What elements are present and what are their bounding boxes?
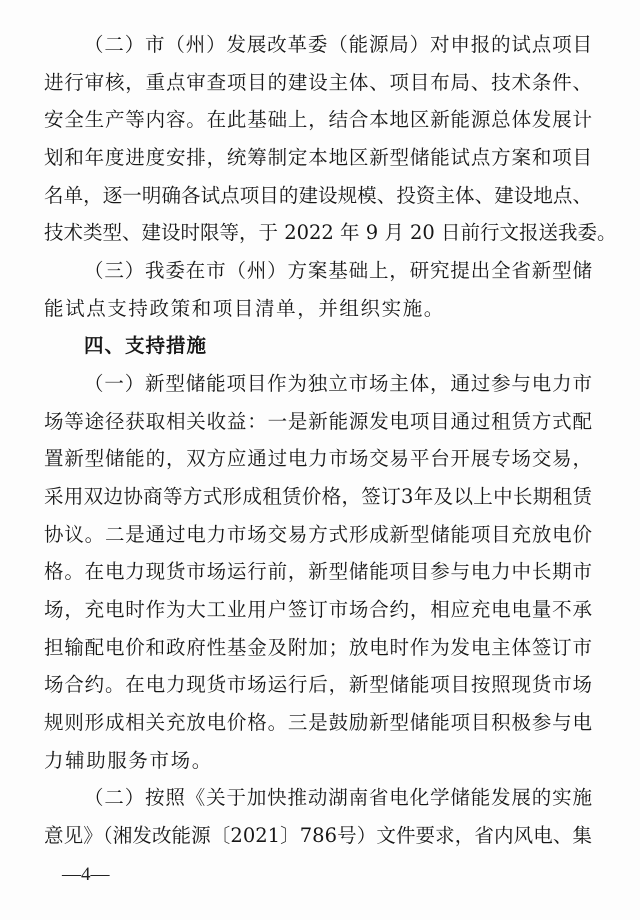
paragraph-line: 担输配电价和政府性基金及附加；放电时作为发电主体签订市 xyxy=(44,633,592,663)
paragraph-line: 规则形成相关充放电价格。三是鼓励新型储能项目积极参与电 xyxy=(44,708,592,738)
document-page: （二）市（州）发展改革委（能源局）对申报的试点项目 进行审核，重点审查项目的建设… xyxy=(0,0,640,920)
paragraph-line: 场合约。在电力现货市场运行后，新型储能项目按照现货市场 xyxy=(44,670,592,700)
paragraph-line: 置新型储能的，双方应通过电力市场交易平台开展专场交易， xyxy=(44,444,592,474)
section-heading: 四、支持措施 xyxy=(84,331,592,361)
paragraph-line: 名单，逐一明确各试点项目的建设规模、投资主体、建设地点、 xyxy=(44,181,592,211)
paragraph-line: 格。在电力现货市场运行前，新型储能项目参与电力中长期市 xyxy=(44,557,592,587)
paragraph-line: 场，充电时作为大工业用户签订市场合约，相应充电电量不承 xyxy=(44,595,592,625)
paragraph-line: 划和年度进度安排，统筹制定本地区新型储能试点方案和项目 xyxy=(44,143,592,173)
paragraph-line: （三）我委在市（州）方案基础上，研究提出全省新型储 xyxy=(84,256,592,286)
paragraph-line: 采用双边协商等方式形成租赁价格，签订3年及以上中长期租赁 xyxy=(44,482,592,512)
paragraph-line: 进行审核，重点审查项目的建设主体、项目布局、技术条件、 xyxy=(44,68,592,98)
paragraph-line: 安全生产等内容。在此基础上，结合本地区新能源总体发展计 xyxy=(44,105,592,135)
paragraph-line: 技术类型、建设时限等，于 2022 年 9 月 20 日前行文报送我委。 xyxy=(44,218,592,248)
page-number: —4— xyxy=(62,862,110,888)
paragraph-line: 协议。二是通过电力市场交易方式形成新型储能项目充放电价 xyxy=(44,520,592,550)
paragraph-line: （二）市（州）发展改革委（能源局）对申报的试点项目 xyxy=(84,30,592,60)
paragraph-line: 能试点支持政策和项目清单，并组织实施。 xyxy=(44,294,592,324)
paragraph-line: （二）按照《关于加快推动湖南省电化学储能发展的实施 xyxy=(84,783,592,813)
paragraph-line: 场等途径获取相关收益：一是新能源发电项目通过租赁方式配 xyxy=(44,407,592,437)
paragraph-line: （一）新型储能项目作为独立市场主体，通过参与电力市 xyxy=(84,369,592,399)
paragraph-line: 力辅助服务市场。 xyxy=(44,746,592,776)
paragraph-line: 意见》（湘发改能源〔2021〕786号）文件要求，省内风电、集 xyxy=(44,821,592,851)
